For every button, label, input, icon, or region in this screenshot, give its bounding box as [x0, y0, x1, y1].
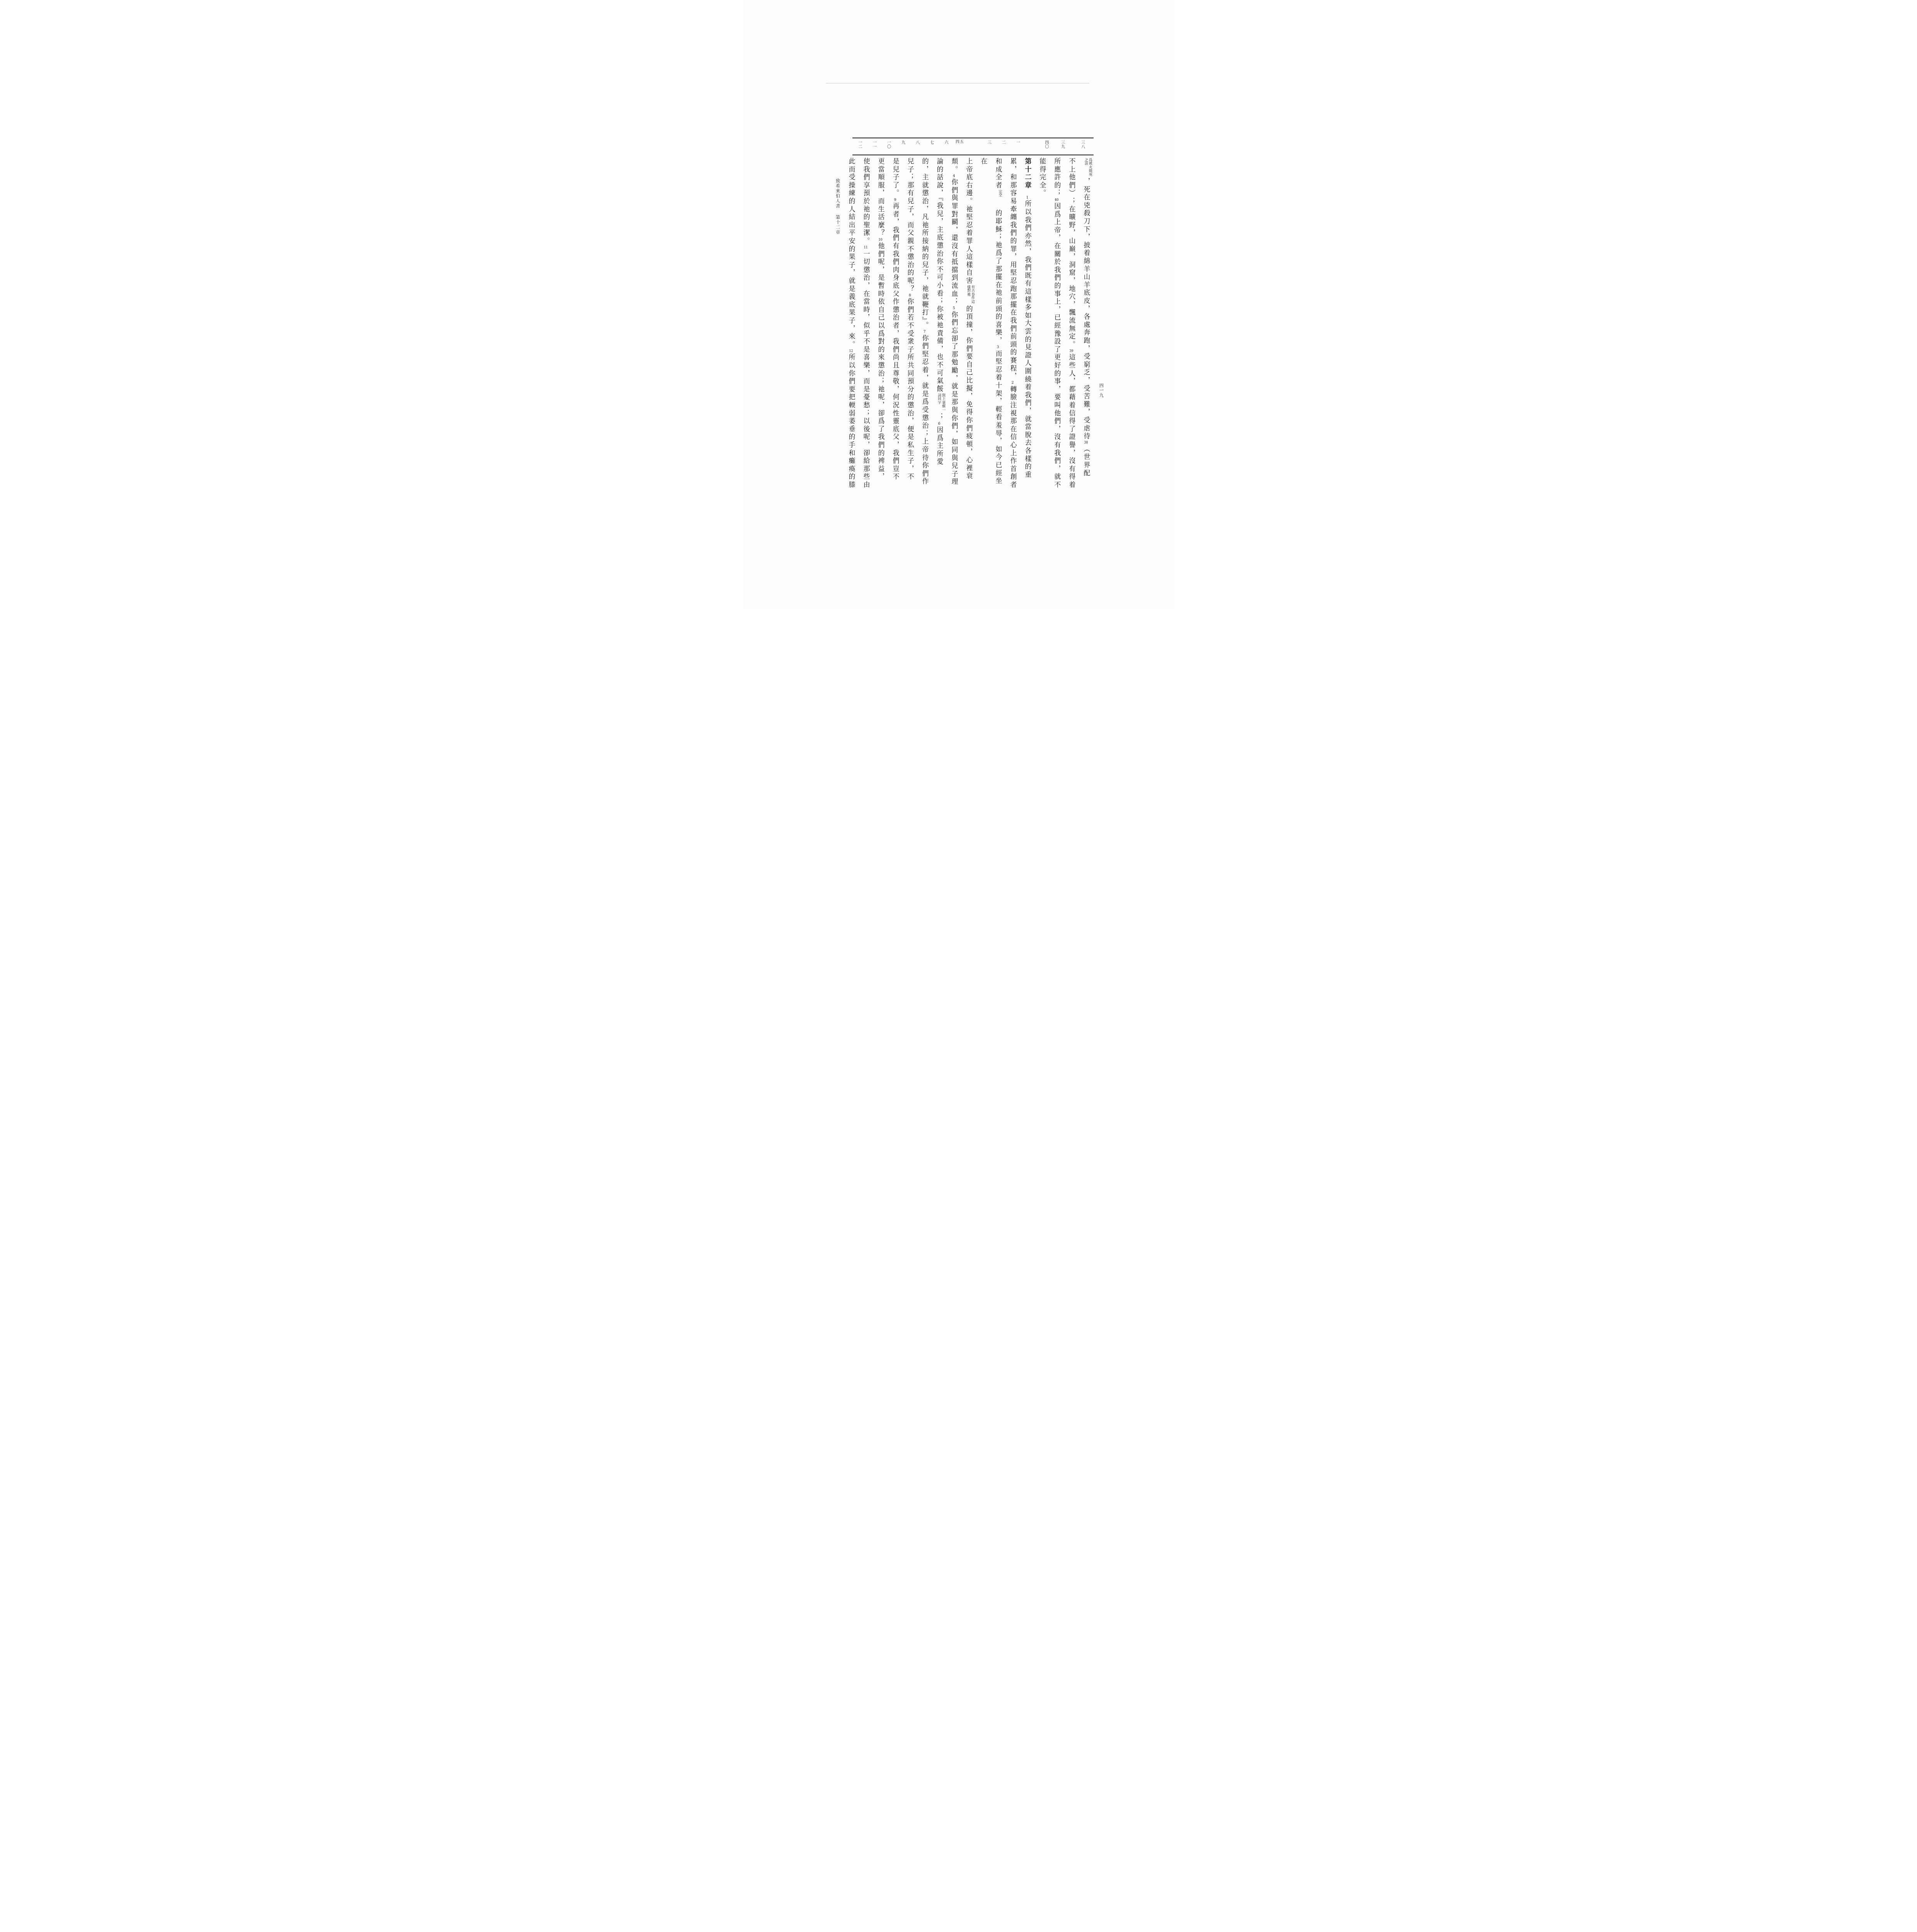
- text-column-content: 和成全者完全的耶穌；祂爲了那擺在祂前頭的喜樂，3而堅忍着十架，輕看羞辱，如今已經…: [976, 158, 1005, 491]
- verse-number: 39: [1070, 349, 1073, 353]
- heading-gap: [1027, 189, 1027, 195]
- text-run: 此而受操練的人結出平安的果子，就是義底果子，來。: [847, 158, 855, 349]
- chapter-heading: 第十二章: [1024, 158, 1031, 189]
- text-column: 頹。4你們與罪對鬬，還沒有抵擋到流血；5你們忘卻了那勉勵，就是那與你們，如同與兒…: [947, 158, 961, 491]
- verse-number: 12: [849, 349, 853, 353]
- text-column: 不上他們）；在曠野，山巔，洞窟，地穴，飄流無定。39這些人，都藉着信得了證譽，沒…: [1064, 158, 1079, 491]
- text-run: 再者，我們有我們肉身底父作懲治者，我們尚且尊敬，何況性靈底父，我們豈不: [891, 202, 899, 481]
- text-run: 你們若不受衆子所共同預分的懲治，便是私生子，不: [906, 298, 914, 481]
- verse-number: 11: [864, 246, 868, 249]
- text-run: 頹。: [950, 158, 958, 173]
- verse-number: 3: [996, 345, 1000, 349]
- text-column-content: 更當順服，而生活麼？10他們呢，是暫時依自己以爲對的來懲治；祂呢，卻爲了我們的裨…: [873, 158, 888, 491]
- verse-marker-cell: 一: [1010, 140, 1024, 145]
- verse-marker-cell: 三: [981, 140, 996, 145]
- text-run: 一切懲治，在當時，似乎不是喜樂，而是憂愁；以後呢，卻給那些由: [862, 250, 870, 489]
- text-column: 和成全者完全的耶穌；祂爲了那擺在祂前頭的喜樂，3而堅忍着十架，輕看羞辱，如今已經…: [976, 158, 1005, 491]
- text-column: 使我們享預於祂的聖潔。11一切懲治，在當時，似乎不是喜樂，而是憂愁；以後呢，卻給…: [859, 158, 873, 491]
- text-run: 累，和那容易牽纏我們的罪，用堅忍跑那擺在我們前頭的賽程，: [1009, 158, 1017, 381]
- text-run: 所以你們要把輭弱萎垂的手和癱瘓的膝: [847, 354, 855, 489]
- margin-title-gap: [837, 209, 838, 215]
- text-column-content: 兒子；那有兒子，而父親不懲治的呢？8你們若不受衆子所共同預分的懲治，便是私生子，…: [903, 158, 917, 491]
- text-column-content: 論的話說，『我兒，主底懲治你不可小看；你被祂責備，也不可氣餒與上衰頹一詞同字；6…: [932, 158, 947, 491]
- text-run: 所以我們亦然，我們既有這樣多如大雲的見證人圍繞着我們，就當脫去各樣的重: [1024, 200, 1031, 479]
- text-run: ，死在兇殺刀下，披着綿羊山羊底皮，各處奔跑，受窮乏，受苦難，受虐待: [1082, 178, 1090, 440]
- text-column: 是兒子了。9再者，我們有我們肉身底父作懲治者，我們尚且尊敬，何況性靈底父，我們豈…: [888, 158, 903, 491]
- text-run: 更當順服，而生活麼？: [877, 158, 885, 237]
- inline-note: 完全: [998, 190, 1002, 209]
- margin-book-title: 致希來伯人書第十二章: [835, 179, 841, 235]
- text-column-content: 此而受操練的人結出平安的果子，就是義底果子，來。12所以你們要把輭弱萎垂的手和癱…: [844, 158, 859, 491]
- verse-marker: 一: [1015, 140, 1019, 145]
- text-run: 的，主就懲治，凡祂所接納的兒子，祂就鞭打』。: [921, 158, 929, 330]
- text-column-content: 累，和那容易牽纏我們的罪，用堅忍跑那擺在我們前頭的賽程，2轉臉注視那在信心上作首…: [1005, 158, 1020, 491]
- text-column: 的，主就懲治，凡祂所接納的兒子，祂就鞭打』。7你們堅忍着，就是爲受懲治；上帝待你…: [917, 158, 932, 491]
- verse-number: 10: [879, 238, 883, 241]
- verse-number: 2: [1011, 381, 1015, 384]
- verse-marker: 八: [915, 140, 919, 145]
- text-run: 上帝底右邊。祂堅忍着罪人這樣自害: [965, 158, 973, 285]
- inline-note: 與上衰頹一詞同字: [937, 393, 945, 413]
- text-run: 所應許的；: [1053, 158, 1061, 197]
- verse-marker: 一二: [857, 140, 861, 149]
- text-run: 這些人，都藉着信得了證譽，沒有得着: [1068, 354, 1075, 489]
- verse-marker-cell: 一二: [852, 140, 867, 149]
- text-column: 此而受操練的人結出平安的果子，就是義底果子，來。12所以你們要把輭弱萎垂的手和癱…: [844, 158, 859, 491]
- text-run: 你們忘卻了那勉勵，就是那與你們，如同與兒子理: [950, 311, 958, 486]
- text-column-content: 不上他們）；在曠野，山巔，洞窟，地穴，飄流無定。39這些人，都藉着信得了證譽，沒…: [1064, 158, 1079, 491]
- verse-marker: 一〇: [886, 140, 890, 149]
- header-rule-bottom: [852, 155, 1094, 155]
- verse-marker-cell: 九: [895, 140, 910, 145]
- text-column: 能得完全。: [1035, 158, 1050, 491]
- text-run: 你們堅忍着，就是爲受懲治；上帝待你們作: [921, 334, 929, 485]
- text-column-content: 使我們享預於祂的聖潔。11一切懲治，在當時，似乎不是喜樂，而是憂愁；以後呢，卻給…: [859, 158, 873, 491]
- verse-marker-row: 三八三九四〇一二三四五六七八九一〇一一一二: [852, 138, 1094, 155]
- verse-marker-cell: 六: [938, 140, 953, 145]
- text-run: 因爲主所愛: [936, 426, 943, 466]
- text-run: 論的話說，『我兒，主底懲治你不可小看；你被祂責備，也不可氣餒: [936, 158, 943, 393]
- verse-marker-cell: 一〇: [881, 140, 895, 149]
- verse-number: 5: [952, 306, 956, 310]
- verse-marker: 六: [944, 140, 947, 145]
- text-column-content: 上帝底右邊。祂堅忍着罪人這樣自害有古卷作這樣對祂的頂撞，你們要自己比擬，免得你們…: [961, 158, 976, 491]
- verse-number: 9: [893, 198, 897, 202]
- text-column: 更當順服，而生活麼？10他們呢，是暫時依自己以爲對的來懲治；祂呢，卻爲了我們的裨…: [873, 158, 888, 491]
- text-run: 是兒子了。: [891, 158, 899, 197]
- text-column: 第十二章1所以我們亦然，我們既有這樣多如大雲的見證人圍繞着我們，就當脫去各樣的重: [1020, 158, 1035, 491]
- verse-marker-cell: 一一: [867, 140, 881, 149]
- inline-note: 有古卷作這樣對祂: [966, 285, 975, 304]
- text-run: （世界配: [1082, 445, 1090, 477]
- verse-marker-cell: 二: [996, 140, 1010, 145]
- text-column: 爲被火燒死之誤，死在兇殺刀下，披着綿羊山羊底皮，各處奔跑，受窮乏，受苦難，受虐待…: [1079, 158, 1094, 491]
- verse-number: 7: [923, 330, 927, 333]
- text-run: 你們與罪對鬬，還沒有抵擋到流血；: [950, 179, 958, 306]
- text-column-content: 頹。4你們與罪對鬬，還沒有抵擋到流血；5你們忘卻了那勉勵，就是那與你們，如同與兒…: [947, 158, 961, 491]
- verse-marker: 九: [901, 140, 905, 145]
- text-run: 不上他們）；在曠野，山巔，洞窟，地穴，飄流無定。: [1068, 158, 1075, 349]
- verse-number: 38: [1084, 441, 1088, 444]
- text-column: 所應許的；40因爲上帝，在關於我們的事上，已經豫設了更好的事，要叫他們，沒有我們…: [1050, 158, 1064, 491]
- verse-marker: 二: [1001, 140, 1005, 145]
- text-column-content: 爲被火燒死之誤，死在兇殺刀下，披着綿羊山羊底皮，各處奔跑，受窮乏，受苦難，受虐待…: [1079, 158, 1094, 491]
- text-run: 和成全者: [994, 158, 1002, 189]
- text-run: ；: [936, 413, 943, 421]
- book-title-text: 致希來伯人書: [835, 179, 840, 209]
- text-column-content: 所應許的；40因爲上帝，在關於我們的事上，已經豫設了更好的事，要叫他們，沒有我們…: [1050, 158, 1064, 491]
- verse-marker: 四五: [956, 140, 964, 144]
- text-column-content: 第十二章1所以我們亦然，我們既有這樣多如大雲的見證人圍繞着我們，就當脫去各樣的重: [1020, 158, 1035, 491]
- verse-marker: 三八: [1080, 140, 1084, 149]
- page-number: 四一九: [1098, 383, 1104, 398]
- verse-marker: 七: [929, 140, 933, 145]
- text-run: 的頂撞，你們要自己比擬，免得你們疲頓，心裡衰: [965, 305, 973, 480]
- verse-marker-cell: 四五: [953, 140, 967, 144]
- verse-number: 6: [937, 422, 941, 425]
- text-run: 他們呢，是暫時依自己以爲對的來懲治；祂呢，卻爲了我們的裨益，: [877, 242, 885, 481]
- text-run: 的耶穌；祂爲了那擺在祂前頭的喜樂，: [994, 209, 1002, 345]
- text-column: 累，和那容易牽纏我們的罪，用堅忍跑那擺在我們前頭的賽程，2轉臉注視那在信心上作首…: [1005, 158, 1020, 491]
- verse-number: 4: [952, 174, 956, 178]
- text-column-content: 是兒子了。9再者，我們有我們肉身底父作懲治者，我們尚且尊敬，何況性靈底父，我們豈…: [888, 158, 903, 491]
- scan-artifact-line: [826, 83, 1089, 83]
- text-run: 因爲上帝，在關於我們的事上，已經豫設了更好的事，要叫他們，沒有我們，就不: [1053, 202, 1061, 489]
- text-column-content: 的，主就懲治，凡祂所接納的兒子，祂就鞭打』。7你們堅忍着，就是爲受懲治；上帝待你…: [917, 158, 932, 491]
- verse-number: 8: [908, 294, 912, 297]
- verse-marker: 四〇: [1044, 140, 1048, 149]
- verse-marker-cell: 三九: [1053, 140, 1071, 149]
- verse-number: 40: [1055, 198, 1059, 202]
- chapter-label-text: 第十二章: [835, 215, 840, 235]
- text-run: 轉臉注視那在信心上作首創者: [1009, 385, 1017, 489]
- text-column: 論的話說，『我兒，主底懲治你不可小看；你被祂責備，也不可氣餒與上衰頹一詞同字；6…: [932, 158, 947, 491]
- text-column-content: 能得完全。: [1035, 158, 1050, 491]
- verse-marker: 三九: [1060, 140, 1064, 149]
- verse-marker-cell: 八: [910, 140, 924, 145]
- verse-marker-cell: 四〇: [1039, 140, 1053, 149]
- verse-marker-cell: 七: [924, 140, 938, 145]
- verse-marker: 一一: [872, 140, 876, 149]
- text-column: 上帝底右邊。祂堅忍着罪人這樣自害有古卷作這樣對祂的頂撞，你們要自己比擬，免得你們…: [961, 158, 976, 491]
- verse-marker-cell: 三八: [1071, 140, 1094, 149]
- text-column: 兒子；那有兒子，而父親不懲治的呢？8你們若不受衆子所共同預分的懲治，便是私生子，…: [903, 158, 917, 491]
- verse-marker: 三: [987, 140, 990, 145]
- text-run: 使我們享預於祂的聖潔。: [862, 158, 870, 245]
- text-run: 能得完全。: [1038, 158, 1046, 197]
- body-columns: 爲被火燒死之誤，死在兇殺刀下，披着綿羊山羊底皮，各處奔跑，受窮乏，受苦難，受虐待…: [852, 158, 1094, 491]
- scanned-book-page: 致希來伯人書第十二章 四一九 三八三九四〇一二三四五六七八九一〇一一一二 爲被火…: [743, 0, 1174, 610]
- verse-number: 1: [1026, 196, 1029, 199]
- text-block: 三八三九四〇一二三四五六七八九一〇一一一二 爲被火燒死之誤，死在兇殺刀下，披着綿…: [852, 138, 1094, 491]
- inline-note: 爲被火燒死之誤: [1084, 158, 1092, 177]
- text-run: 兒子；那有兒子，而父親不懲治的呢？: [906, 158, 914, 293]
